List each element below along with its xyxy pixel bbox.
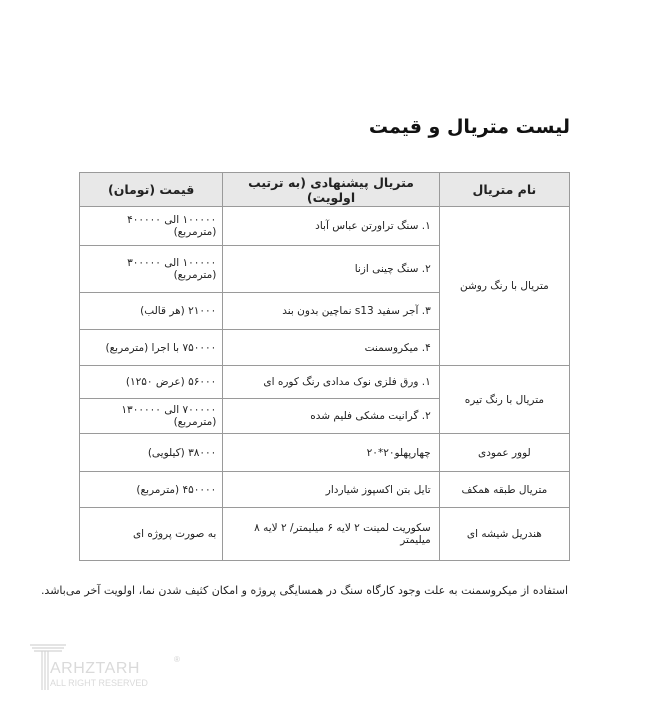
material-cell: ۱. ورق فلزی نوک مدادی رنگ کوره ای xyxy=(223,366,439,399)
group-name-ground-floor: متریال طبقه همکف xyxy=(439,472,569,508)
group-name-glass-handrail: هندریل شیشه ای xyxy=(439,508,569,561)
watermark-brand: ARHZTARH xyxy=(50,660,140,678)
price-cell: ۱۰۰۰۰۰ الی ۳۰۰۰۰۰ (مترمربع) xyxy=(80,246,223,293)
material-cell: تایل بتن اکسپوز شیاردار xyxy=(223,472,439,508)
price-cell: ۲۱۰۰۰ (هر قالب) xyxy=(80,293,223,330)
header-price: قیمت (تومان) xyxy=(80,173,223,207)
page-title: لیست متریال و قیمت xyxy=(369,116,570,138)
header-suggested-material: متریال پیشنهادی (به ترتیب اولویت) xyxy=(223,173,439,207)
table-header-row: نام متریال متریال پیشنهادی (به ترتیب اول… xyxy=(80,173,570,207)
table-row: متریال با رنگ روشن ۱. سنگ تراورتن عباس آ… xyxy=(80,207,570,246)
price-cell: ۳۸۰۰۰ (کیلویی) xyxy=(80,434,223,472)
group-name-light: متریال با رنگ روشن xyxy=(439,207,569,366)
table-row: متریال با رنگ تیره ۱. ورق فلزی نوک مدادی… xyxy=(80,366,570,399)
material-cell: ۲. سنگ چینی ازنا xyxy=(223,246,439,293)
material-cell: چهارپهلو۲۰*۲۰ xyxy=(223,434,439,472)
group-name-dark: متریال با رنگ تیره xyxy=(439,366,569,434)
table-row: لوور عمودی چهارپهلو۲۰*۲۰ ۳۸۰۰۰ (کیلویی) xyxy=(80,434,570,472)
table-row: هندریل شیشه ای سکوریت لمینت ۲ لایه ۶ میل… xyxy=(80,508,570,561)
price-cell: ۷۰۰۰۰۰ الی ۱۳۰۰۰۰۰ (مترمربع) xyxy=(80,399,223,434)
footnote: استفاده از میکروسمنت به علت وجود کارگاه … xyxy=(41,584,568,597)
price-cell: به صورت پروژه ای xyxy=(80,508,223,561)
material-cell: ۴. میکروسمنت xyxy=(223,330,439,366)
table-row: متریال طبقه همکف تایل بتن اکسپوز شیاردار… xyxy=(80,472,570,508)
price-cell: ۱۰۰۰۰۰ الی ۴۰۰۰۰۰ (مترمربع) xyxy=(80,207,223,246)
group-name-louver: لوور عمودی xyxy=(439,434,569,472)
price-table: نام متریال متریال پیشنهادی (به ترتیب اول… xyxy=(79,172,570,561)
material-cell: ۱. سنگ تراورتن عباس آباد xyxy=(223,207,439,246)
material-cell: سکوریت لمینت ۲ لایه ۶ میلیمتر/ ۲ لایه ۸ … xyxy=(223,508,439,561)
price-cell: ۴۵۰۰۰۰ (مترمربع) xyxy=(80,472,223,508)
header-material-name: نام متریال xyxy=(439,173,569,207)
registered-icon: ® xyxy=(174,655,180,664)
price-cell: ۷۵۰۰۰۰ با اجرا (مترمربع) xyxy=(80,330,223,366)
watermark-rights: ALL RIGHT RESERVED xyxy=(50,678,148,688)
watermark-logo: ARHZTARH ALL RIGHT RESERVED ® xyxy=(28,640,188,700)
material-cell: ۲. گرانیت مشکی فلیم شده xyxy=(223,399,439,434)
price-cell: ۵۶۰۰۰ (عرض ۱۲۵۰) xyxy=(80,366,223,399)
material-cell: ۳. آجر سفید s13 نماچین بدون بند xyxy=(223,293,439,330)
